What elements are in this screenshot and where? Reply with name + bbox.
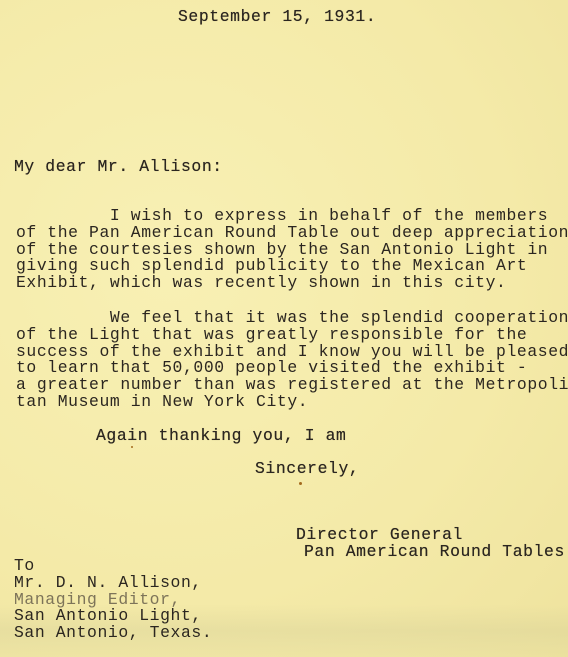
- signature-organization: Pan American Round Tables: [304, 543, 565, 560]
- letter-date: September 15, 1931.: [178, 8, 376, 25]
- closing-line: Again thanking you, I am: [96, 427, 346, 444]
- complimentary-close: Sincerely,: [255, 460, 359, 477]
- salutation: My dear Mr. Allison:: [14, 158, 223, 175]
- typewritten-letter: September 15, 1931. My dear Mr. Allison:…: [0, 0, 568, 657]
- body-paragraph-1: I wish to express in behalf of the membe…: [16, 208, 568, 292]
- recipient-address: To Mr. D. N. Allison, Managing Editor, S…: [14, 558, 212, 642]
- paper-speck: [299, 482, 302, 485]
- paragraph-line: tan Museum in New York City.: [16, 394, 568, 411]
- signature-title: Director General: [296, 526, 463, 543]
- paragraph-line: Exhibit, which was recently shown in thi…: [16, 275, 568, 292]
- address-line: San Antonio, Texas.: [14, 625, 212, 642]
- body-paragraph-2: We feel that it was the splendid coopera…: [16, 310, 568, 411]
- paper-speck: [131, 446, 133, 448]
